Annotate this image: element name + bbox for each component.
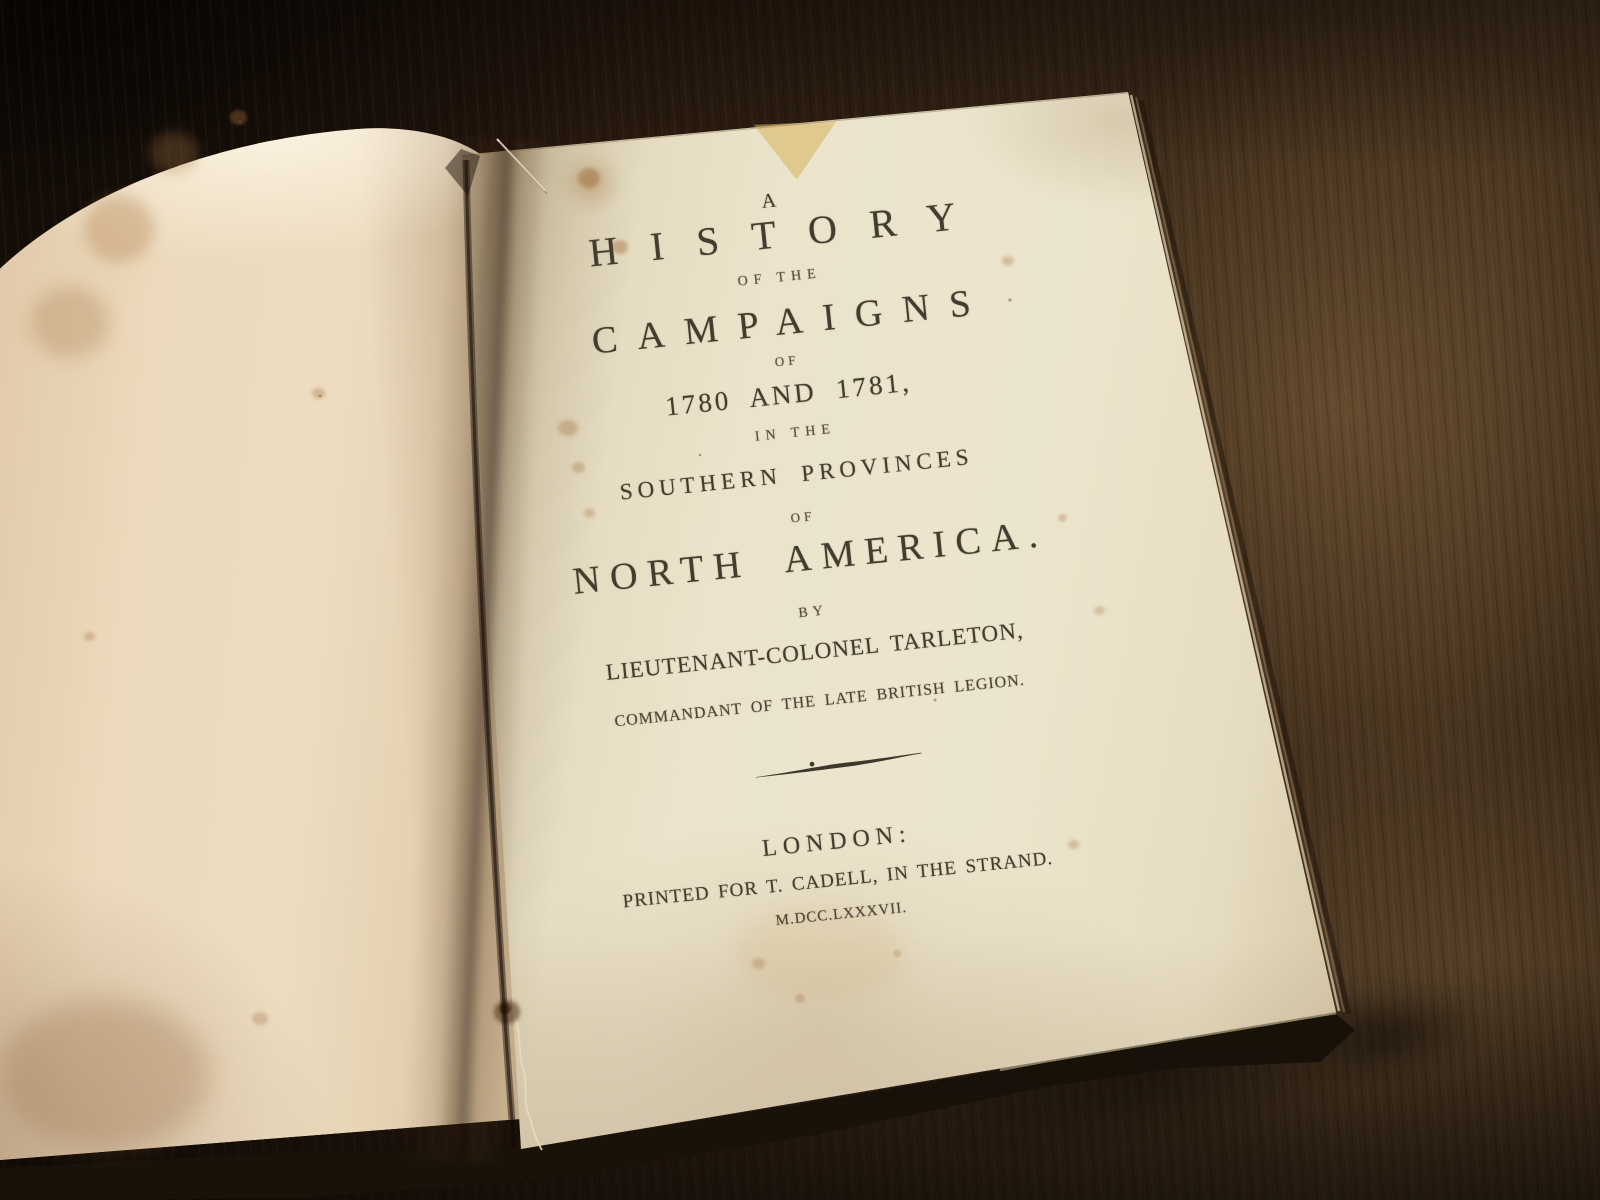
- title-page-text-block: A HISTORY OF THE CAMPAIGNS OF 1780 AND 1…: [440, 65, 1168, 1025]
- swelled-rule-shape: [755, 753, 922, 778]
- book-photo-scene: A HISTORY OF THE CAMPAIGNS OF 1780 AND 1…: [0, 0, 1600, 1200]
- ornament-dot: [809, 762, 814, 767]
- title-line-southern-provinces: SOUTHERN PROVINCES: [477, 429, 1116, 520]
- swelled-rule-ornament: [754, 749, 925, 780]
